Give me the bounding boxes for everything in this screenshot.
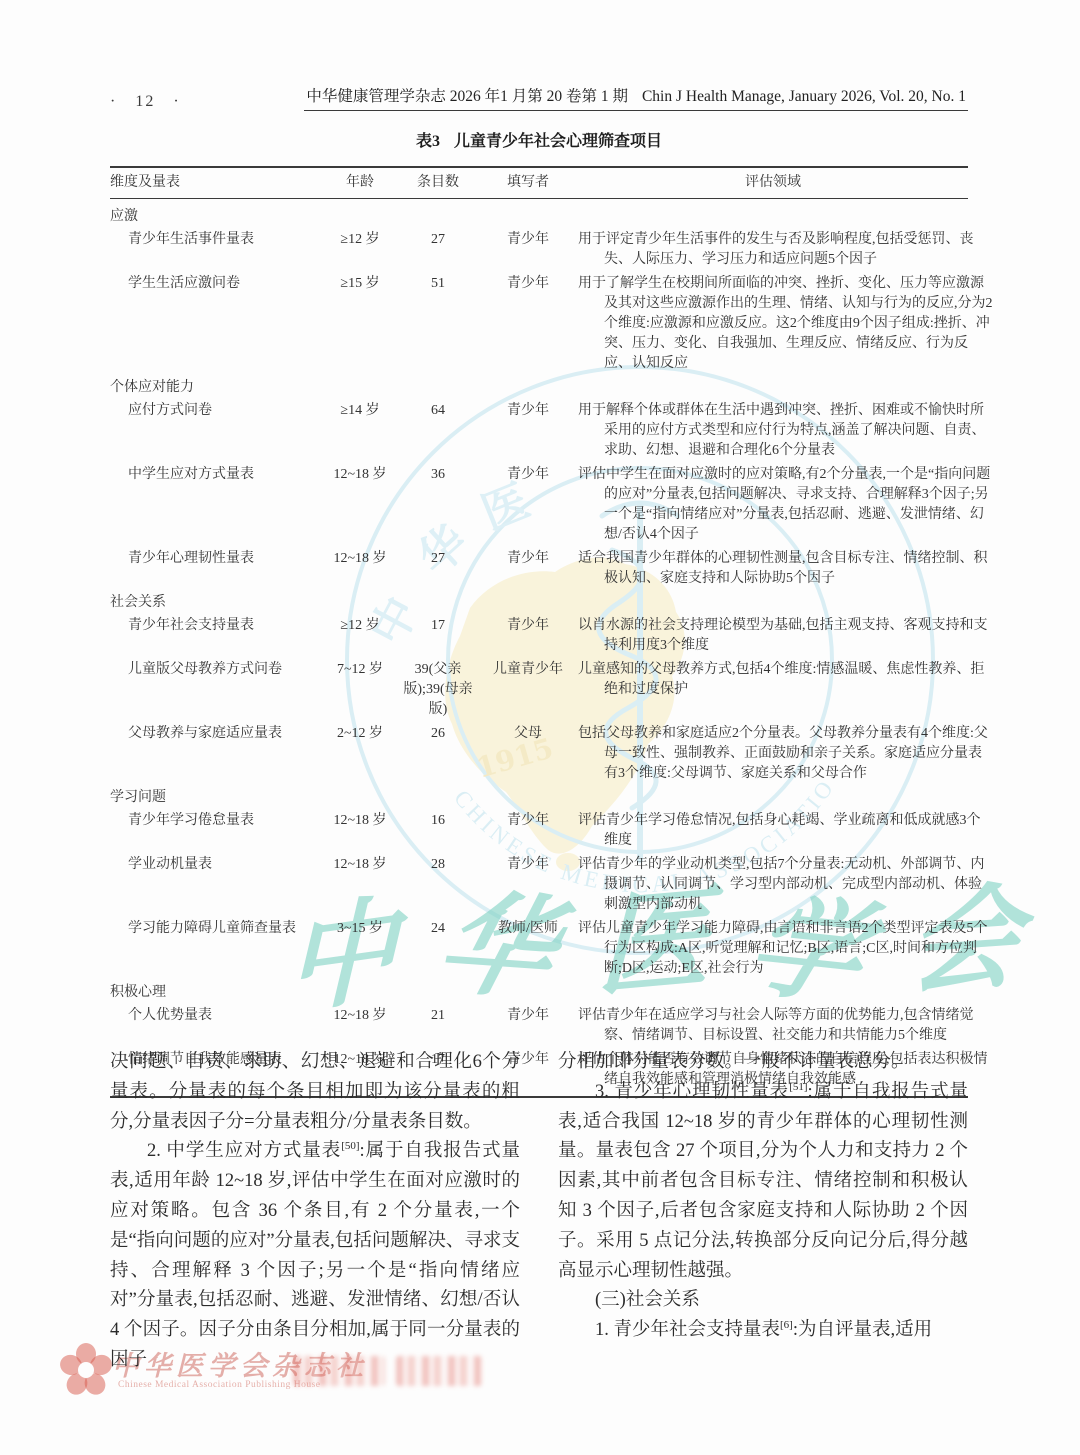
- eval-cell: 以肖水源的社会支持理论模型为基础,包括主观支持、客观支持和支持利用度3个维度: [578, 616, 994, 656]
- table-row: 学生生活应激问卷 ≥15 岁 51 青少年 用于了解学生在校期间所面临的冲突、挫…: [110, 274, 968, 374]
- table-row: 学习能力障碍儿童筛查量表 3~15 岁 24 教师/医师 评估儿童青少年学习能力…: [110, 919, 968, 979]
- age-cell: 12~18 岁: [322, 549, 398, 589]
- filler-cell: 儿童青少年: [478, 660, 578, 720]
- citation-ref: [50]: [341, 1140, 359, 1152]
- items-cell: 17: [398, 616, 478, 656]
- group-label: 积极心理: [110, 983, 968, 1003]
- table-row: 父母教养与家庭适应量表 2~12 岁 26 父母 包括父母教养和家庭适应2个分量…: [110, 724, 968, 784]
- eval-cell: 评估青少年在适应学习与社会人际等方面的优势能力,包含情绪觉察、情绪调节、目标设置…: [578, 1006, 994, 1046]
- group-label: 社会关系: [110, 593, 968, 613]
- eval-cell: 适合我国青少年群体的心理韧性测量,包含目标专注、情绪控制、积极认知、家庭支持和人…: [578, 549, 994, 589]
- eval-cell: 评估中学生在面对应激时的应对策略,有2个分量表,一个是“指向问题的应对”分量表,…: [578, 465, 994, 545]
- citation-ref: [6]: [780, 1319, 793, 1331]
- age-cell: 3~15 岁: [322, 919, 398, 979]
- filler-cell: 青少年: [478, 855, 578, 915]
- paragraph-text: :为自评量表,适用: [793, 1320, 932, 1340]
- eval-cell: 用于了解学生在校期间所面临的冲突、挫折、变化、压力等应激源及其对这些应激源作出的…: [578, 274, 994, 374]
- age-cell: 7~12 岁: [322, 660, 398, 720]
- filler-cell: 青少年: [478, 274, 578, 374]
- plum-blossom-icon: [60, 1342, 112, 1398]
- eval-cell: 儿童感知的父母教养方式,包括4个维度:情感温暖、焦虑性教养、拒绝和过度保护: [578, 660, 994, 720]
- paragraph: 分相加即分量表分数。一般不计量表总分。: [558, 1048, 968, 1078]
- paragraph-text: 3. 青少年心理韧性量表: [595, 1082, 789, 1102]
- page-number: · 12 ·: [110, 88, 181, 111]
- eval-cell: 评估青少年学习倦怠情况,包括身心耗竭、学业疏离和低成就感3个维度: [578, 811, 994, 851]
- left-column: 决问题、自责、求助、幻想、退避和合理化6个分量表。分量表的每个条目相加即为该分量…: [110, 1048, 520, 1376]
- article-body: 决问题、自责、求助、幻想、退避和合理化6个分量表。分量表的每个条目相加即为该分量…: [110, 1048, 968, 1376]
- paragraph-text: :属于自我报告式量表,适合我国 12~18 岁的青少年群体的心理韧性测量。量表包…: [558, 1082, 968, 1281]
- paragraph: 1. 青少年社会支持量表[6]:为自评量表,适用: [558, 1316, 968, 1346]
- col-header-age: 年龄: [322, 173, 398, 193]
- group-label: 应激: [110, 207, 968, 227]
- filler-cell: 青少年: [478, 549, 578, 589]
- items-cell: 16: [398, 811, 478, 851]
- journal-title-cn: 中华健康管理学杂志 2026 年1 月第 20 卷第 1 期: [306, 88, 628, 105]
- scale-name: 中学生应对方式量表: [110, 465, 322, 545]
- paragraph: 2. 中学生应对方式量表[50]:属于自我报告式量表,适用年龄 12~18 岁,…: [110, 1137, 520, 1375]
- paragraph: 决问题、自责、求助、幻想、退避和合理化6个分量表。分量表的每个条目相加即为该分量…: [110, 1048, 520, 1137]
- journal-page: 1915 中 华 医 CHINESE MEDICAL ASSOCIATION 中…: [0, 0, 1080, 1455]
- age-cell: 12~18 岁: [322, 465, 398, 545]
- scale-name: 青少年心理韧性量表: [110, 549, 322, 589]
- publisher-name-en: Chinese Medical Association Publishing H…: [118, 1380, 321, 1390]
- paragraph: 3. 青少年心理韧性量表[51]:属于自我报告式量表,适合我国 12~18 岁的…: [558, 1078, 968, 1287]
- paragraph-text: 2. 中学生应对方式量表: [147, 1141, 341, 1161]
- filler-cell: 青少年: [478, 1006, 578, 1046]
- filler-cell: 青少年: [478, 401, 578, 461]
- right-column: 分相加即分量表分数。一般不计量表总分。 3. 青少年心理韧性量表[51]:属于自…: [558, 1048, 968, 1376]
- table-row: 应付方式问卷 ≥14 岁 64 青少年 用于解释个体或群体在生活中遇到冲突、挫折…: [110, 401, 968, 461]
- table-row: 青少年心理韧性量表 12~18 岁 27 青少年 适合我国青少年群体的心理韧性测…: [110, 549, 968, 589]
- table-header-row: 维度及量表 年龄 条目数 填写者 评估领域: [110, 166, 968, 199]
- items-cell: 64: [398, 401, 478, 461]
- col-header-eval: 评估领域: [578, 173, 968, 193]
- age-cell: 12~18 岁: [322, 811, 398, 851]
- items-cell: 21: [398, 1006, 478, 1046]
- scale-name: 儿童版父母教养方式问卷: [110, 660, 322, 720]
- scale-name: 学习能力障碍儿童筛查量表: [110, 919, 322, 979]
- citation-ref: [51]: [789, 1081, 807, 1093]
- eval-cell: 用于评定青少年生活事件的发生与否及影响程度,包括受惩罚、丧失、人际压力、学习压力…: [578, 230, 994, 270]
- age-cell: 12~18 岁: [322, 1006, 398, 1046]
- table-label: 表3: [416, 133, 440, 150]
- col-header-items: 条目数: [398, 173, 478, 193]
- eval-cell: 用于解释个体或群体在生活中遇到冲突、挫折、困难或不愉快时所采用的应付方式类型和应…: [578, 401, 994, 461]
- scale-name: 青少年学习倦怠量表: [110, 811, 322, 851]
- eval-cell: 评估青少年的学业动机类型,包括7个分量表:无动机、外部调节、内摄调节、认同调节、…: [578, 855, 994, 915]
- items-cell: 39(父亲版);39(母亲版): [398, 660, 478, 720]
- group-label: 学习问题: [110, 788, 968, 808]
- items-cell: 51: [398, 274, 478, 374]
- age-cell: 2~12 岁: [322, 724, 398, 784]
- filler-cell: 青少年: [478, 465, 578, 545]
- items-cell: 24: [398, 919, 478, 979]
- scale-name: 学业动机量表: [110, 855, 322, 915]
- age-cell: ≥14 岁: [322, 401, 398, 461]
- table-3: 表3儿童青少年社会心理筛查项目 维度及量表 年龄 条目数 填写者 评估领域 应激…: [110, 132, 968, 1098]
- journal-masthead: 中华健康管理学杂志 2026 年1 月第 20 卷第 1 期Chin J Hea…: [304, 84, 968, 111]
- page-header: · 12 · 中华健康管理学杂志 2026 年1 月第 20 卷第 1 期Chi…: [110, 84, 968, 111]
- table-row: 青少年社会支持量表 ≥12 岁 17 青少年 以肖水源的社会支持理论模型为基础,…: [110, 616, 968, 656]
- filler-cell: 教师/医师: [478, 919, 578, 979]
- scale-name: 应付方式问卷: [110, 401, 322, 461]
- filler-cell: 青少年: [478, 230, 578, 270]
- scale-name: 青少年社会支持量表: [110, 616, 322, 656]
- age-cell: ≥12 岁: [322, 616, 398, 656]
- items-cell: 36: [398, 465, 478, 545]
- age-cell: 12~18 岁: [322, 855, 398, 915]
- filler-cell: 青少年: [478, 811, 578, 851]
- group-label: 个体应对能力: [110, 378, 968, 398]
- items-cell: 28: [398, 855, 478, 915]
- items-cell: 27: [398, 230, 478, 270]
- table-row: 学业动机量表 12~18 岁 28 青少年 评估青少年的学业动机类型,包括7个分…: [110, 855, 968, 915]
- age-cell: ≥12 岁: [322, 230, 398, 270]
- table-row: 青少年学习倦怠量表 12~18 岁 16 青少年 评估青少年学习倦怠情况,包括身…: [110, 811, 968, 851]
- table-row: 青少年生活事件量表 ≥12 岁 27 青少年 用于评定青少年生活事件的发生与否及…: [110, 230, 968, 270]
- scale-name: 个人优势量表: [110, 1006, 322, 1046]
- eval-cell: 包括父母教养和家庭适应2个分量表。父母教养分量表有4个维度:父母一致性、强制教养…: [578, 724, 994, 784]
- table-title: 表3儿童青少年社会心理筛查项目: [110, 132, 968, 152]
- items-cell: 27: [398, 549, 478, 589]
- col-header-scale: 维度及量表: [110, 173, 322, 193]
- items-cell: 26: [398, 724, 478, 784]
- paragraph-text: :属于自我报告式量表,适用年龄 12~18 岁,评估中学生在面对应激时的应对策略…: [110, 1141, 520, 1370]
- table-row: 个人优势量表 12~18 岁 21 青少年 评估青少年在适应学习与社会人际等方面…: [110, 1006, 968, 1046]
- scale-name: 父母教养与家庭适应量表: [110, 724, 322, 784]
- section-heading: (三)社会关系: [558, 1286, 968, 1316]
- table-body: 应激 青少年生活事件量表 ≥12 岁 27 青少年 用于评定青少年生活事件的发生…: [110, 199, 968, 1098]
- table-row: 中学生应对方式量表 12~18 岁 36 青少年 评估中学生在面对应激时的应对策…: [110, 465, 968, 545]
- col-header-filler: 填写者: [478, 173, 578, 193]
- scale-name: 学生生活应激问卷: [110, 274, 322, 374]
- table-title-text: 儿童青少年社会心理筛查项目: [454, 133, 662, 150]
- eval-cell: 评估儿童青少年学习能力障碍,由言语和非言语2个类型评定表及5个行为区构成:A区,…: [578, 919, 994, 979]
- table-row: 儿童版父母教养方式问卷 7~12 岁 39(父亲版);39(母亲版) 儿童青少年…: [110, 660, 968, 720]
- filler-cell: 青少年: [478, 616, 578, 656]
- scale-name: 青少年生活事件量表: [110, 230, 322, 270]
- journal-title-en: Chin J Health Manage, January 2026, Vol.…: [642, 88, 966, 105]
- filler-cell: 父母: [478, 724, 578, 784]
- age-cell: ≥15 岁: [322, 274, 398, 374]
- paragraph-text: 1. 青少年社会支持量表: [595, 1320, 780, 1340]
